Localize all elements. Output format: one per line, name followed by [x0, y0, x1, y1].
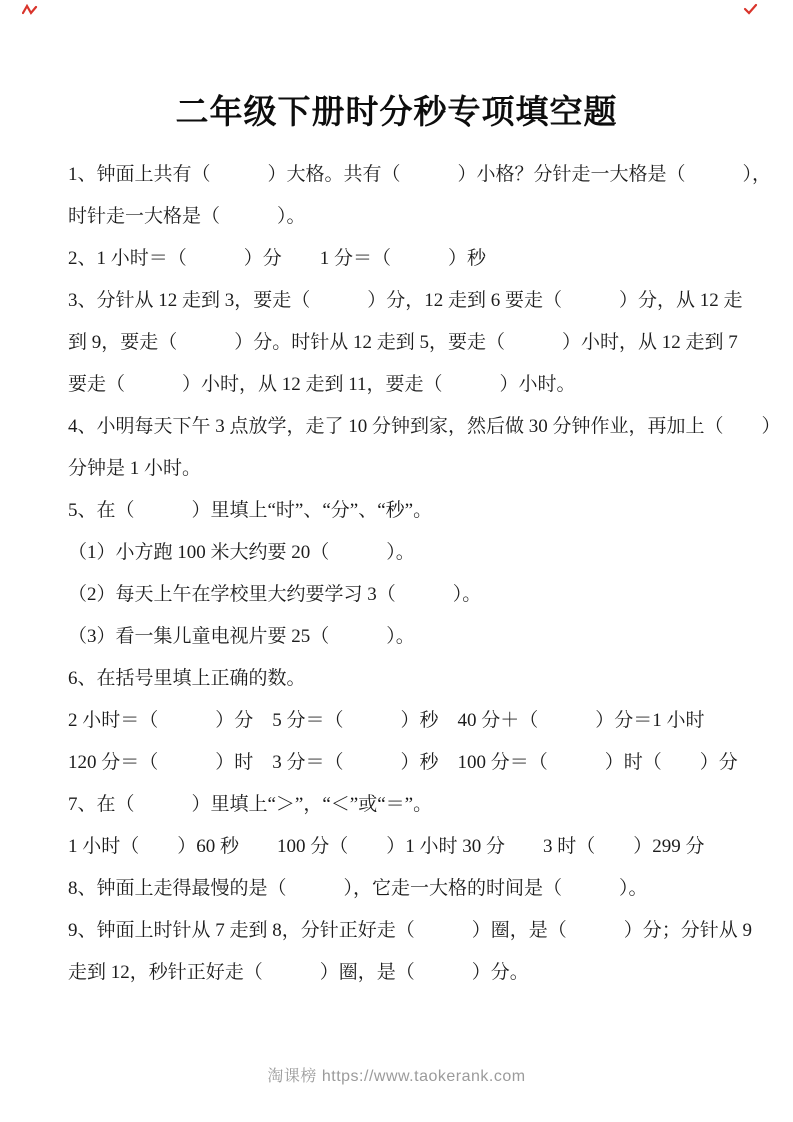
- question-6-line-1: 6、在括号里填上正确的数。: [68, 658, 737, 700]
- red-scribble-mark-top-left: [22, 4, 38, 16]
- question-4-line-1: 4、小明每天下午 3 点放学，走了 10 分钟到家，然后做 30 分钟作业，再加…: [68, 406, 737, 448]
- question-8-line-1: 8、钟面上走得最慢的是（ ），它走一大格的时间是（ ）。: [68, 868, 737, 910]
- question-5-item-2: （2）每天上午在学校里大约要学习 3（ ）。: [68, 574, 737, 616]
- worksheet-page: 二年级下册时分秒专项填空题 1、钟面上共有（ ）大格。共有（ ）小格？分针走一大…: [0, 0, 793, 1122]
- worksheet-body: 1、钟面上共有（ ）大格。共有（ ）小格？分针走一大格是（ ）， 时针走一大格是…: [0, 154, 793, 994]
- question-9-line-1: 9、钟面上时针从 7 走到 8，分针正好走（ ）圈，是（ ）分；分针从 9: [68, 910, 737, 952]
- question-7-line-1: 7、在（ ）里填上“＞”，“＜”或“＝”。: [68, 784, 737, 826]
- question-7-row-1: 1 小时（ ）60 秒 100 分（ ）1 小时 30 分 3 时（ ）299 …: [68, 826, 737, 868]
- red-scribble-mark-top-right: [743, 3, 759, 15]
- question-3-line-1: 3、分针从 12 走到 3，要走（ ）分，12 走到 6 要走（ ）分，从 12…: [68, 280, 737, 322]
- question-3-line-3: 要走（ ）小时，从 12 走到 11，要走（ ）小时。: [68, 364, 737, 406]
- question-5-item-3: （3）看一集儿童电视片要 25（ ）。: [68, 616, 737, 658]
- question-3-line-2: 到 9，要走（ ）分。时针从 12 走到 5，要走（ ）小时，从 12 走到 7: [68, 322, 737, 364]
- question-6-row-1: 2 小时＝（ ）分 5 分＝（ ）秒 40 分＋（ ）分＝1 小时: [68, 700, 737, 742]
- watermark-footer: 淘课榜 https://www.taokerank.com: [0, 1063, 793, 1086]
- question-4-line-2: 分钟是 1 小时。: [68, 448, 737, 490]
- question-2-line-1: 2、1 小时＝（ ）分 1 分＝（ ）秒: [68, 238, 737, 280]
- question-9-line-2: 走到 12，秒针正好走（ ）圈，是（ ）分。: [68, 952, 737, 994]
- page-title: 二年级下册时分秒专项填空题: [0, 88, 793, 136]
- question-5-item-1: （1）小方跑 100 米大约要 20（ ）。: [68, 532, 737, 574]
- question-6-row-2: 120 分＝（ ）时 3 分＝（ ）秒 100 分＝（ ）时（ ）分: [68, 742, 737, 784]
- question-1-line-2: 时针走一大格是（ ）。: [68, 196, 737, 238]
- question-5-line-1: 5、在（ ）里填上“时”、“分”、“秒”。: [68, 490, 737, 532]
- question-1-line-1: 1、钟面上共有（ ）大格。共有（ ）小格？分针走一大格是（ ），: [68, 154, 737, 196]
